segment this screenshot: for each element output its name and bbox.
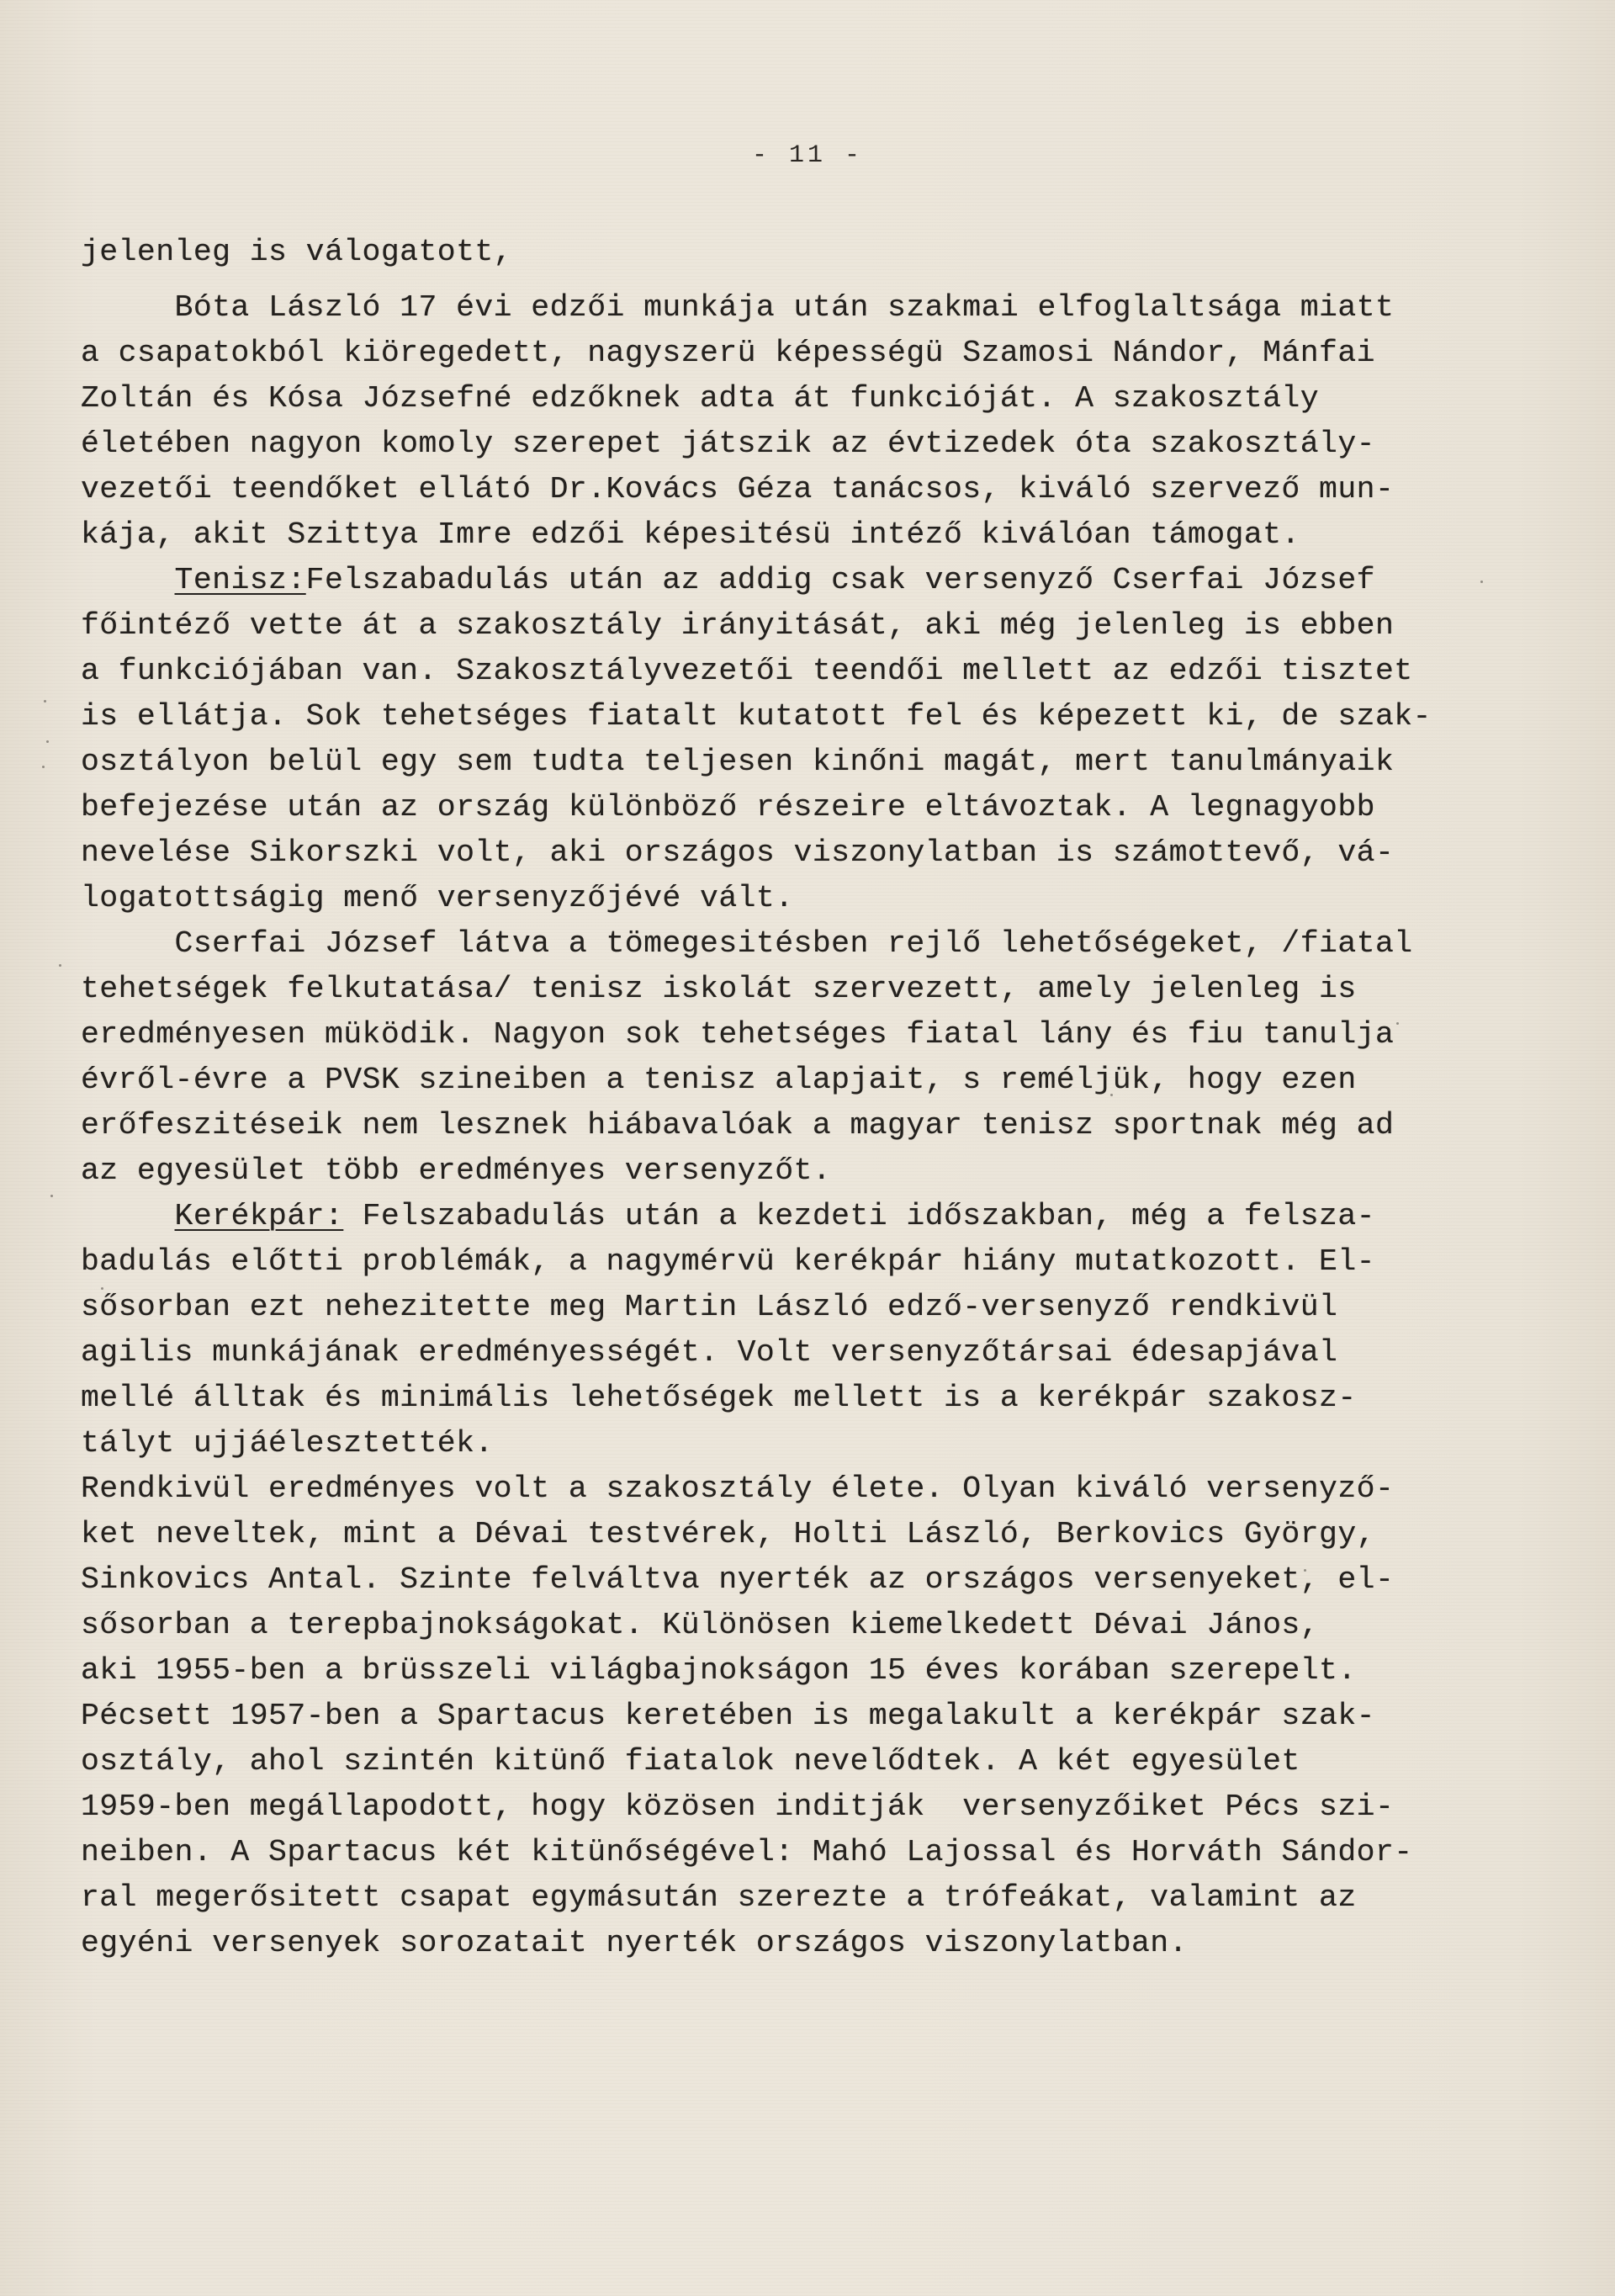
text-line: életében nagyon komoly szerepet játszik …: [81, 426, 1375, 463]
text-line: kája, akit Szittya Imre edzői képesitésü…: [81, 517, 1300, 554]
text-line: főintéző vette át a szakosztály irányitá…: [81, 607, 1394, 644]
text-line: Cserfai József látva a tömegesitésben re…: [81, 925, 1413, 962]
text-line: tehetségek felkutatása/ tenisz iskolát s…: [81, 971, 1357, 1008]
text-line: jelenleg is válogatott,: [81, 234, 512, 271]
paper-speck: [1480, 581, 1483, 583]
text-line: Rendkivül eredményes volt a szakosztály …: [81, 1471, 1394, 1508]
text-line: az egyesület több eredményes versenyzőt.: [81, 1153, 831, 1190]
text-line: 1959-ben megállapodott, hogy közösen ind…: [81, 1789, 1394, 1826]
paper-speck: [59, 964, 61, 967]
paper-speck: [101, 1287, 103, 1290]
text-line: Tenisz:Felszabadulás után az addig csak …: [81, 562, 1375, 599]
text-line: sősorban ezt nehezitette meg Martin Lász…: [81, 1289, 1337, 1326]
text-line: egyéni versenyek sorozatait nyerték orsz…: [81, 1925, 1188, 1962]
paper-speck: [1396, 1022, 1399, 1025]
text-line: Sinkovics Antal. Szinte felváltva nyerté…: [81, 1562, 1394, 1599]
paper-speck: [320, 984, 322, 987]
text-line: osztályon belül egy sem tudta teljesen k…: [81, 744, 1394, 781]
paper-speck: [1304, 1569, 1306, 1572]
text-line: a csapatokból kiöregedett, nagyszerü kép…: [81, 335, 1375, 372]
text-line: is ellátja. Sok tehetséges fiatalt kutat…: [81, 698, 1432, 735]
text-line: ral megerősitett csapat egymásután szere…: [81, 1880, 1357, 1917]
text-line: sősorban a terepbajnokságokat. Különösen…: [81, 1607, 1319, 1644]
paper-speck: [757, 993, 760, 995]
text-line: Kerékpár: Felszabadulás után a kezdeti i…: [81, 1198, 1375, 1235]
text-line: erőfeszitéseik nem lesznek hiábavalóak a…: [81, 1107, 1394, 1144]
text-line: mellé álltak és minimális lehetőségek me…: [81, 1380, 1357, 1417]
paper-speck: [50, 1195, 53, 1197]
text-line: agilis munkájának eredményességét. Volt …: [81, 1334, 1337, 1371]
text-line: badulás előtti problémák, a nagymérvü ke…: [81, 1243, 1375, 1281]
text-line: Zoltán és Kósa Józsefné edzőknek adta át…: [81, 380, 1319, 417]
text-line: ket neveltek, mint a Dévai testvérek, Ho…: [81, 1516, 1375, 1553]
text-line: Bóta László 17 évi edzői munkája után sz…: [81, 289, 1394, 326]
section-heading: Kerékpár:: [175, 1199, 344, 1233]
text-line: tályt ujjáélesztették.: [81, 1425, 494, 1462]
paper-speck: [46, 740, 49, 743]
text-line: neiben. A Spartacus két kitünőségével: M…: [81, 1834, 1413, 1871]
paper-speck: [44, 700, 46, 703]
text-line: vezetői teendőket ellátó Dr.Kovács Géza …: [81, 471, 1394, 508]
text-line: a funkciójában van. Szakosztályvezetői t…: [81, 653, 1413, 690]
text-line: eredményesen müködik. Nagyon sok tehetsé…: [81, 1016, 1394, 1053]
text-line: befejezése után az ország különböző rész…: [81, 789, 1375, 826]
text-line: nevelése Sikorszki volt, aki országos vi…: [81, 835, 1394, 872]
paper-speck: [1110, 1094, 1113, 1096]
paper-speck: [42, 766, 45, 768]
text-line: aki 1955-ben a brüsszeli világbajnokságo…: [81, 1652, 1357, 1689]
section-heading: Tenisz:: [175, 563, 306, 597]
page-number: - 11 -: [0, 141, 1615, 170]
text-line: évről-évre a PVSK szineiben a tenisz ala…: [81, 1062, 1357, 1099]
text-line: osztály, ahol szintén kitünő fiatalok ne…: [81, 1743, 1300, 1780]
text-line: logatottságig menő versenyzőjévé vált.: [81, 880, 794, 917]
text-line: Pécsett 1957-ben a Spartacus keretében i…: [81, 1698, 1375, 1735]
